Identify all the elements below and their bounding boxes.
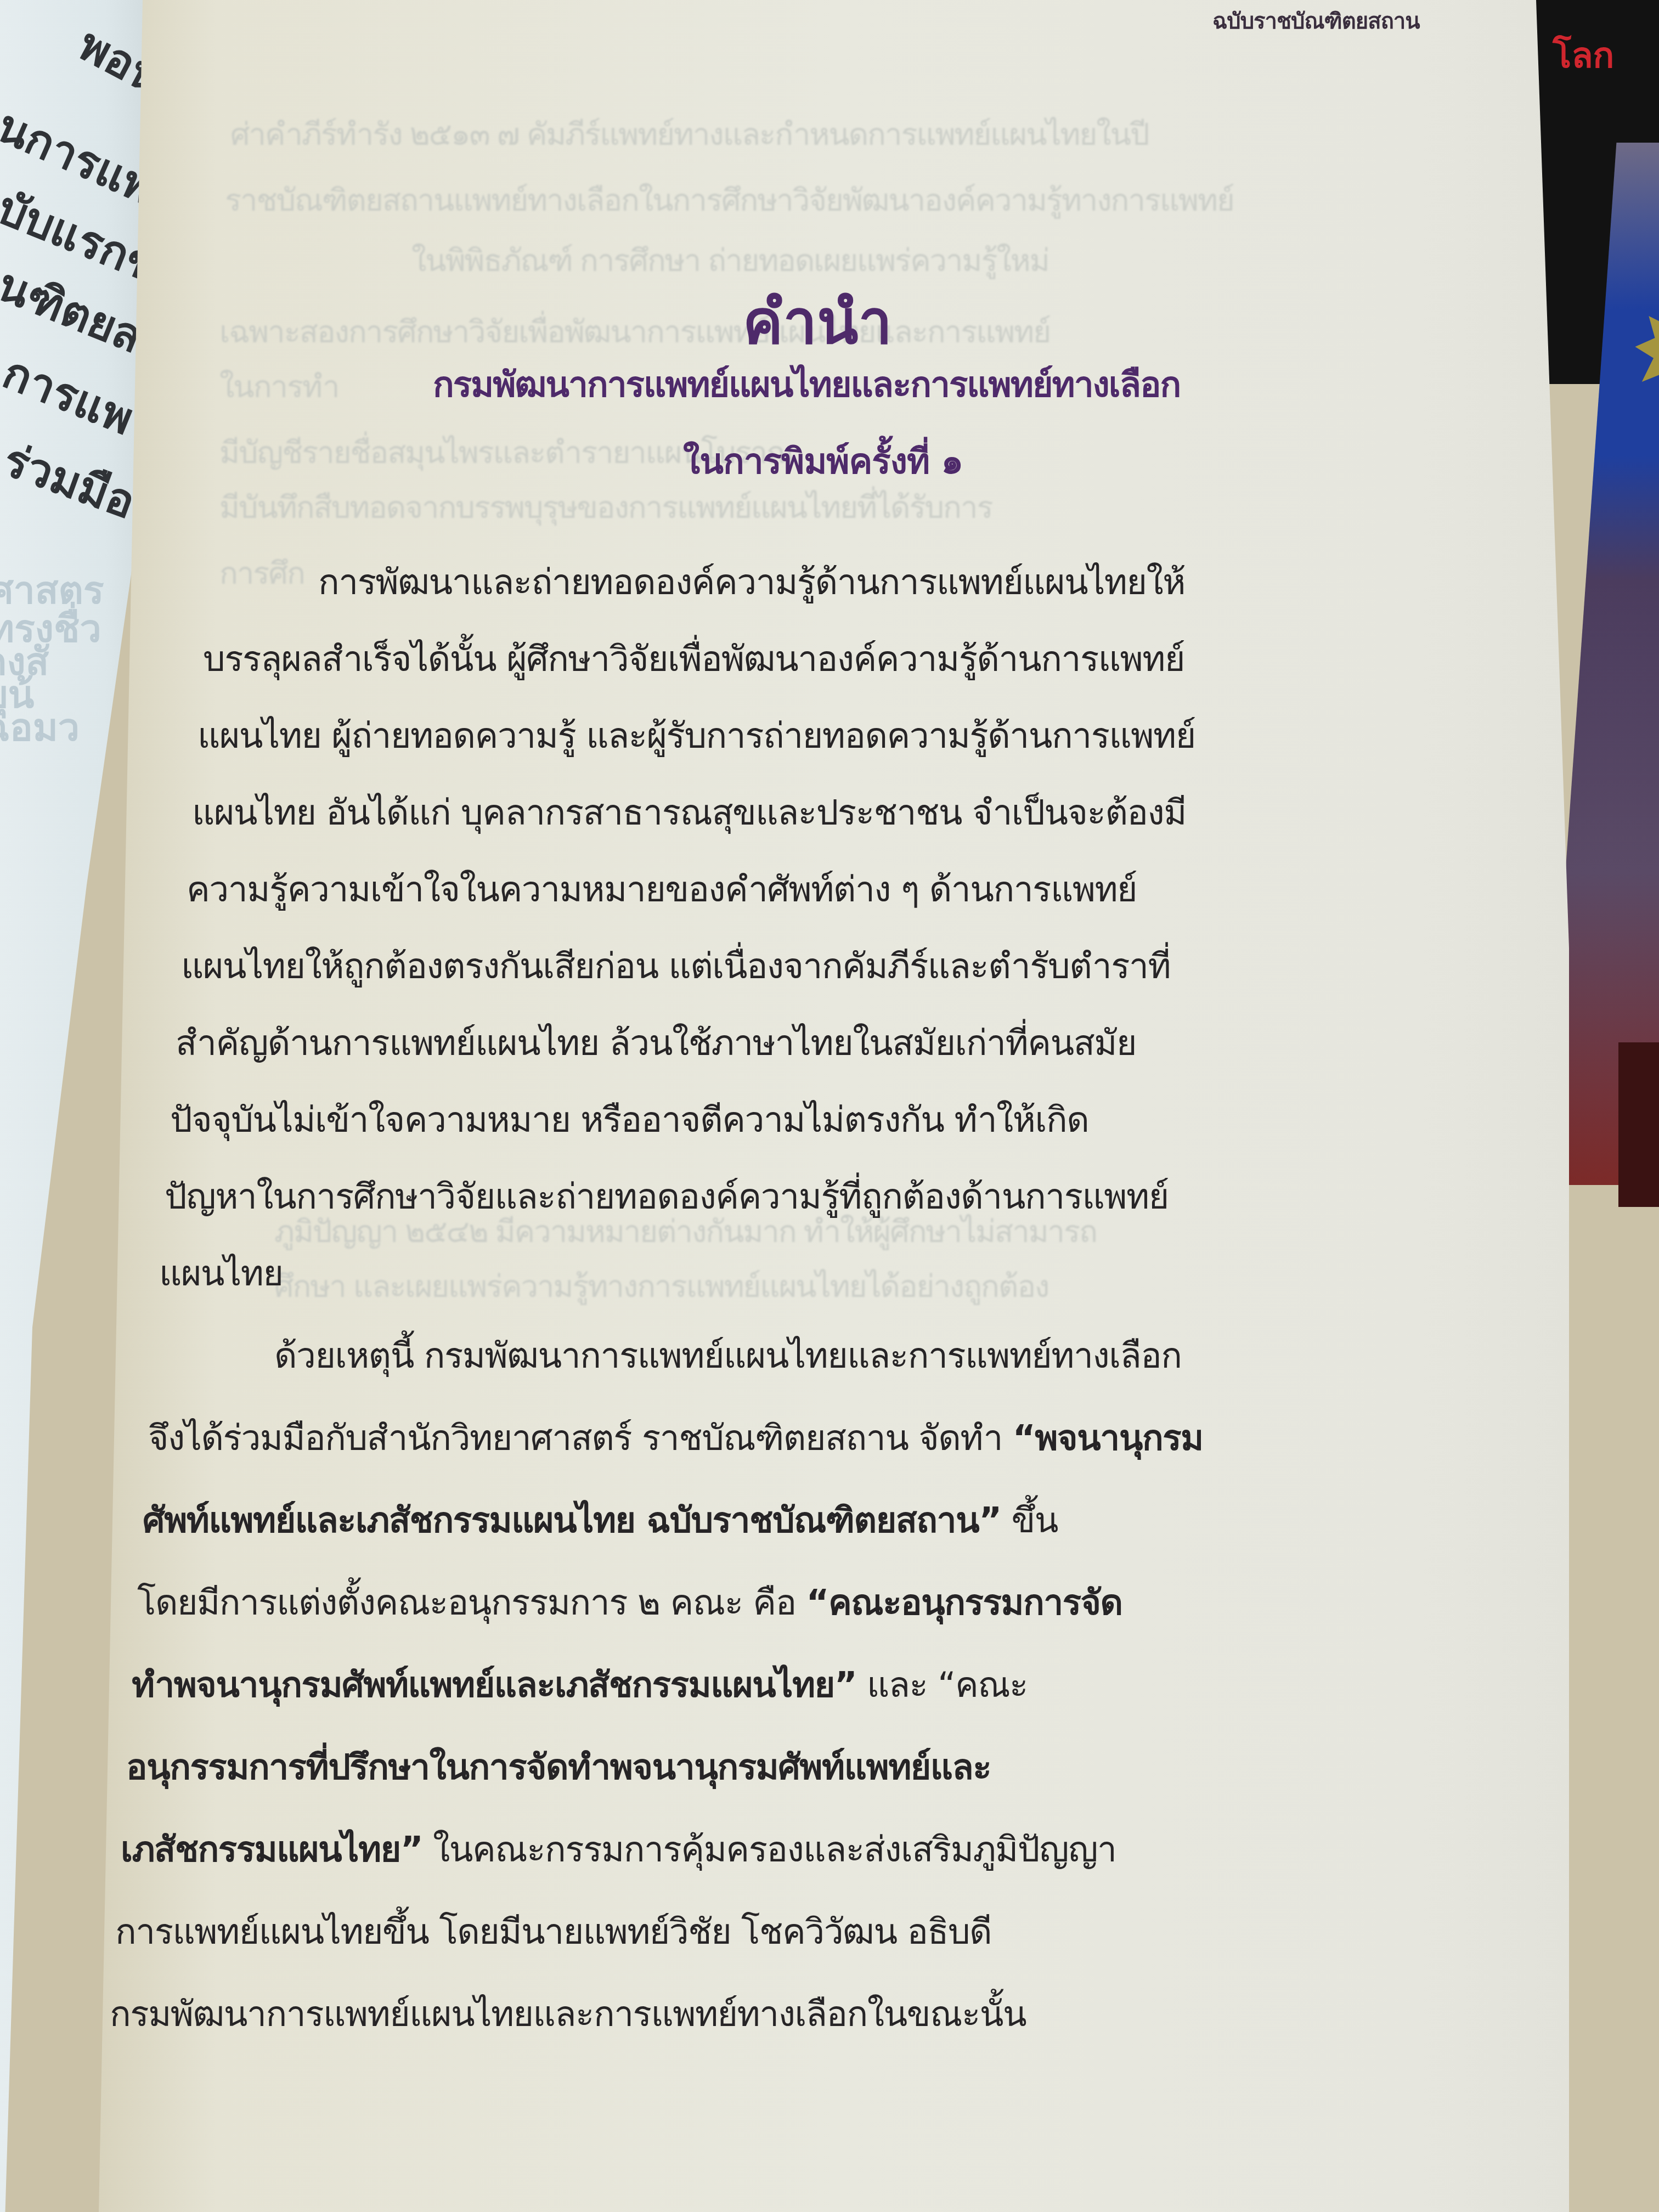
show-through-text: ศึกษา และเผยแพร่ความรู้ทางการแพทย์แผนไทย… — [274, 1262, 1048, 1311]
show-through-text: มีบันทึกสืบทอดจากบรรพบุรุษของการแพทย์แผน… — [219, 483, 992, 532]
background-book-title: โลก — [1553, 27, 1614, 83]
paragraph-line: เภสัชกรรมแผนไทย” ในคณะกรรมการคุ้มครองและ… — [121, 1821, 1116, 1877]
paragraph-line: แผนไทย ผู้ถ่ายทอดความรู้ และผู้รับการถ่า… — [198, 708, 1195, 764]
paragraph-line: จึงได้ร่วมมือกับสำนักวิทยาศาสตร์ ราชบัณฑ… — [148, 1410, 1203, 1466]
paragraph-line: ศัพท์แพทย์และเภสัชกรรมแผนไทย ฉบับราชบัณฑ… — [143, 1492, 1058, 1548]
dictionary-title-bold: ศัพท์แพทย์และเภสัชกรรมแผนไทย ฉบับราชบัณฑ… — [143, 1500, 1001, 1541]
left-page-ghost-text: ฉอมว — [0, 697, 80, 758]
background-book-red — [1618, 1042, 1659, 1207]
left-page-fragment: ร่วมมือ — [0, 425, 145, 538]
running-head: ฉบับราชบัณฑิตยสถาน — [1212, 3, 1420, 38]
committee-name-bold: ทำพจนานุกรมศัพท์แพทย์และเภสัชกรรมแผนไทย” — [132, 1665, 856, 1706]
paragraph-line: การแพทย์แผนไทยขึ้น โดยมีนายแพทย์วิชัย โช… — [115, 1904, 991, 1960]
page-title: คำนำ — [82, 274, 1553, 370]
paragraph-line: ทำพจนานุกรมศัพท์แพทย์และเภสัชกรรมแผนไทย”… — [132, 1657, 1028, 1713]
dictionary-title-bold: “พจนานุกรม — [1013, 1418, 1203, 1459]
paragraph-line: ความรู้ความเข้าใจในความหมายของคำศัพท์ต่า… — [187, 861, 1137, 917]
book-page: ศ่าคำภีร์ทำรัง ๒๕๑๓ ๗ คัมภีร์แพทย์ทางและ… — [99, 0, 1569, 2212]
committee-name-bold: อนุกรรมการที่ปรึกษาในการจัดทำพจนานุกรมศั… — [126, 1747, 991, 1788]
paragraph-line: ปัจจุบันไม่เข้าใจความหมาย หรืออาจตีความไ… — [170, 1092, 1088, 1148]
paragraph-line: กรมพัฒนาการแพทย์แผนไทยและการแพทย์ทางเลือ… — [110, 1986, 1026, 2042]
paragraph-line: ปัญหาในการศึกษาวิจัยและถ่ายทอดองค์ความรู… — [165, 1169, 1169, 1224]
paragraph-line: โดยมีการแต่งตั้งคณะอนุกรรมการ ๒ คณะ คือ … — [137, 1575, 1122, 1630]
show-through-text: ศ่าคำภีร์ทำรัง ๒๕๑๓ ๗ คัมภีร์แพทย์ทางและ… — [230, 110, 1149, 159]
paragraph-line: การพัฒนาและถ่ายทอดองค์ความรู้ด้านการแพทย… — [318, 554, 1185, 610]
show-through-text: การศึก — [219, 549, 304, 597]
paragraph-line: แผนไทยให้ถูกต้องตรงกันเสียก่อน แต่เนื่อง… — [181, 938, 1170, 994]
committee-name-bold: เภสัชกรรมแผนไทย” — [121, 1830, 422, 1870]
paragraph-line: แผนไทย — [159, 1245, 283, 1301]
page-subtitle-edition: ในการพิมพ์ครั้งที่ ๑ — [88, 433, 1558, 489]
paragraph-line: บรรลุผลสำเร็จได้นั้น ผู้ศึกษาวิจัยเพื่อพ… — [203, 631, 1184, 687]
paragraph-line: อนุกรรมการที่ปรึกษาในการจัดทำพจนานุกรมศั… — [126, 1739, 991, 1795]
paragraph-line: แผนไทย อันได้แก่ บุคลากรสาธารณสุขและประช… — [192, 785, 1186, 840]
show-through-text: ราชบัณฑิตยสถานแพทย์ทางเลือกในการศึกษาวิจ… — [225, 176, 1234, 224]
starburst-icon — [1632, 307, 1659, 395]
committee-name-bold: “คณะอนุกรรมการจัด — [806, 1583, 1122, 1623]
paragraph-line: สำคัญด้านการแพทย์แผนไทย ล้วนใช้ภาษาไทยใน… — [176, 1015, 1136, 1071]
photo-scene: โลก พอนก่ นการแพ บับแรกข นฑิตยสถ การแพ ร… — [0, 0, 1659, 2212]
paragraph-line: ด้วยเหตุนี้ กรมพัฒนาการแพทย์แผนไทยและการ… — [274, 1328, 1181, 1384]
page-subtitle-organization: กรมพัฒนาการแพทย์แผนไทยและการแพทย์ทางเลือ… — [71, 357, 1542, 413]
